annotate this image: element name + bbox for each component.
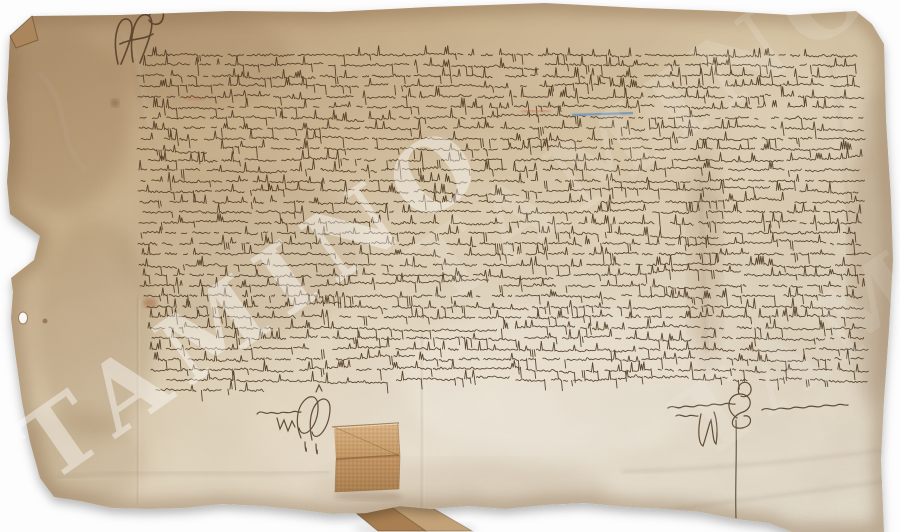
red-smudge-large — [522, 110, 550, 112]
strip-shadow — [334, 491, 402, 501]
stain — [110, 10, 290, 110]
red-smudge-small — [187, 98, 204, 100]
manuscript-photo: TAMINO TAMINO TAMINO — [0, 0, 900, 532]
seal-tag-strip — [332, 423, 402, 501]
dark-spot — [43, 319, 48, 324]
punched-hole — [19, 312, 28, 324]
stain — [111, 99, 119, 107]
leather-texture-lower — [335, 456, 400, 492]
photo-background: TAMINO TAMINO TAMINO — [0, 0, 900, 532]
